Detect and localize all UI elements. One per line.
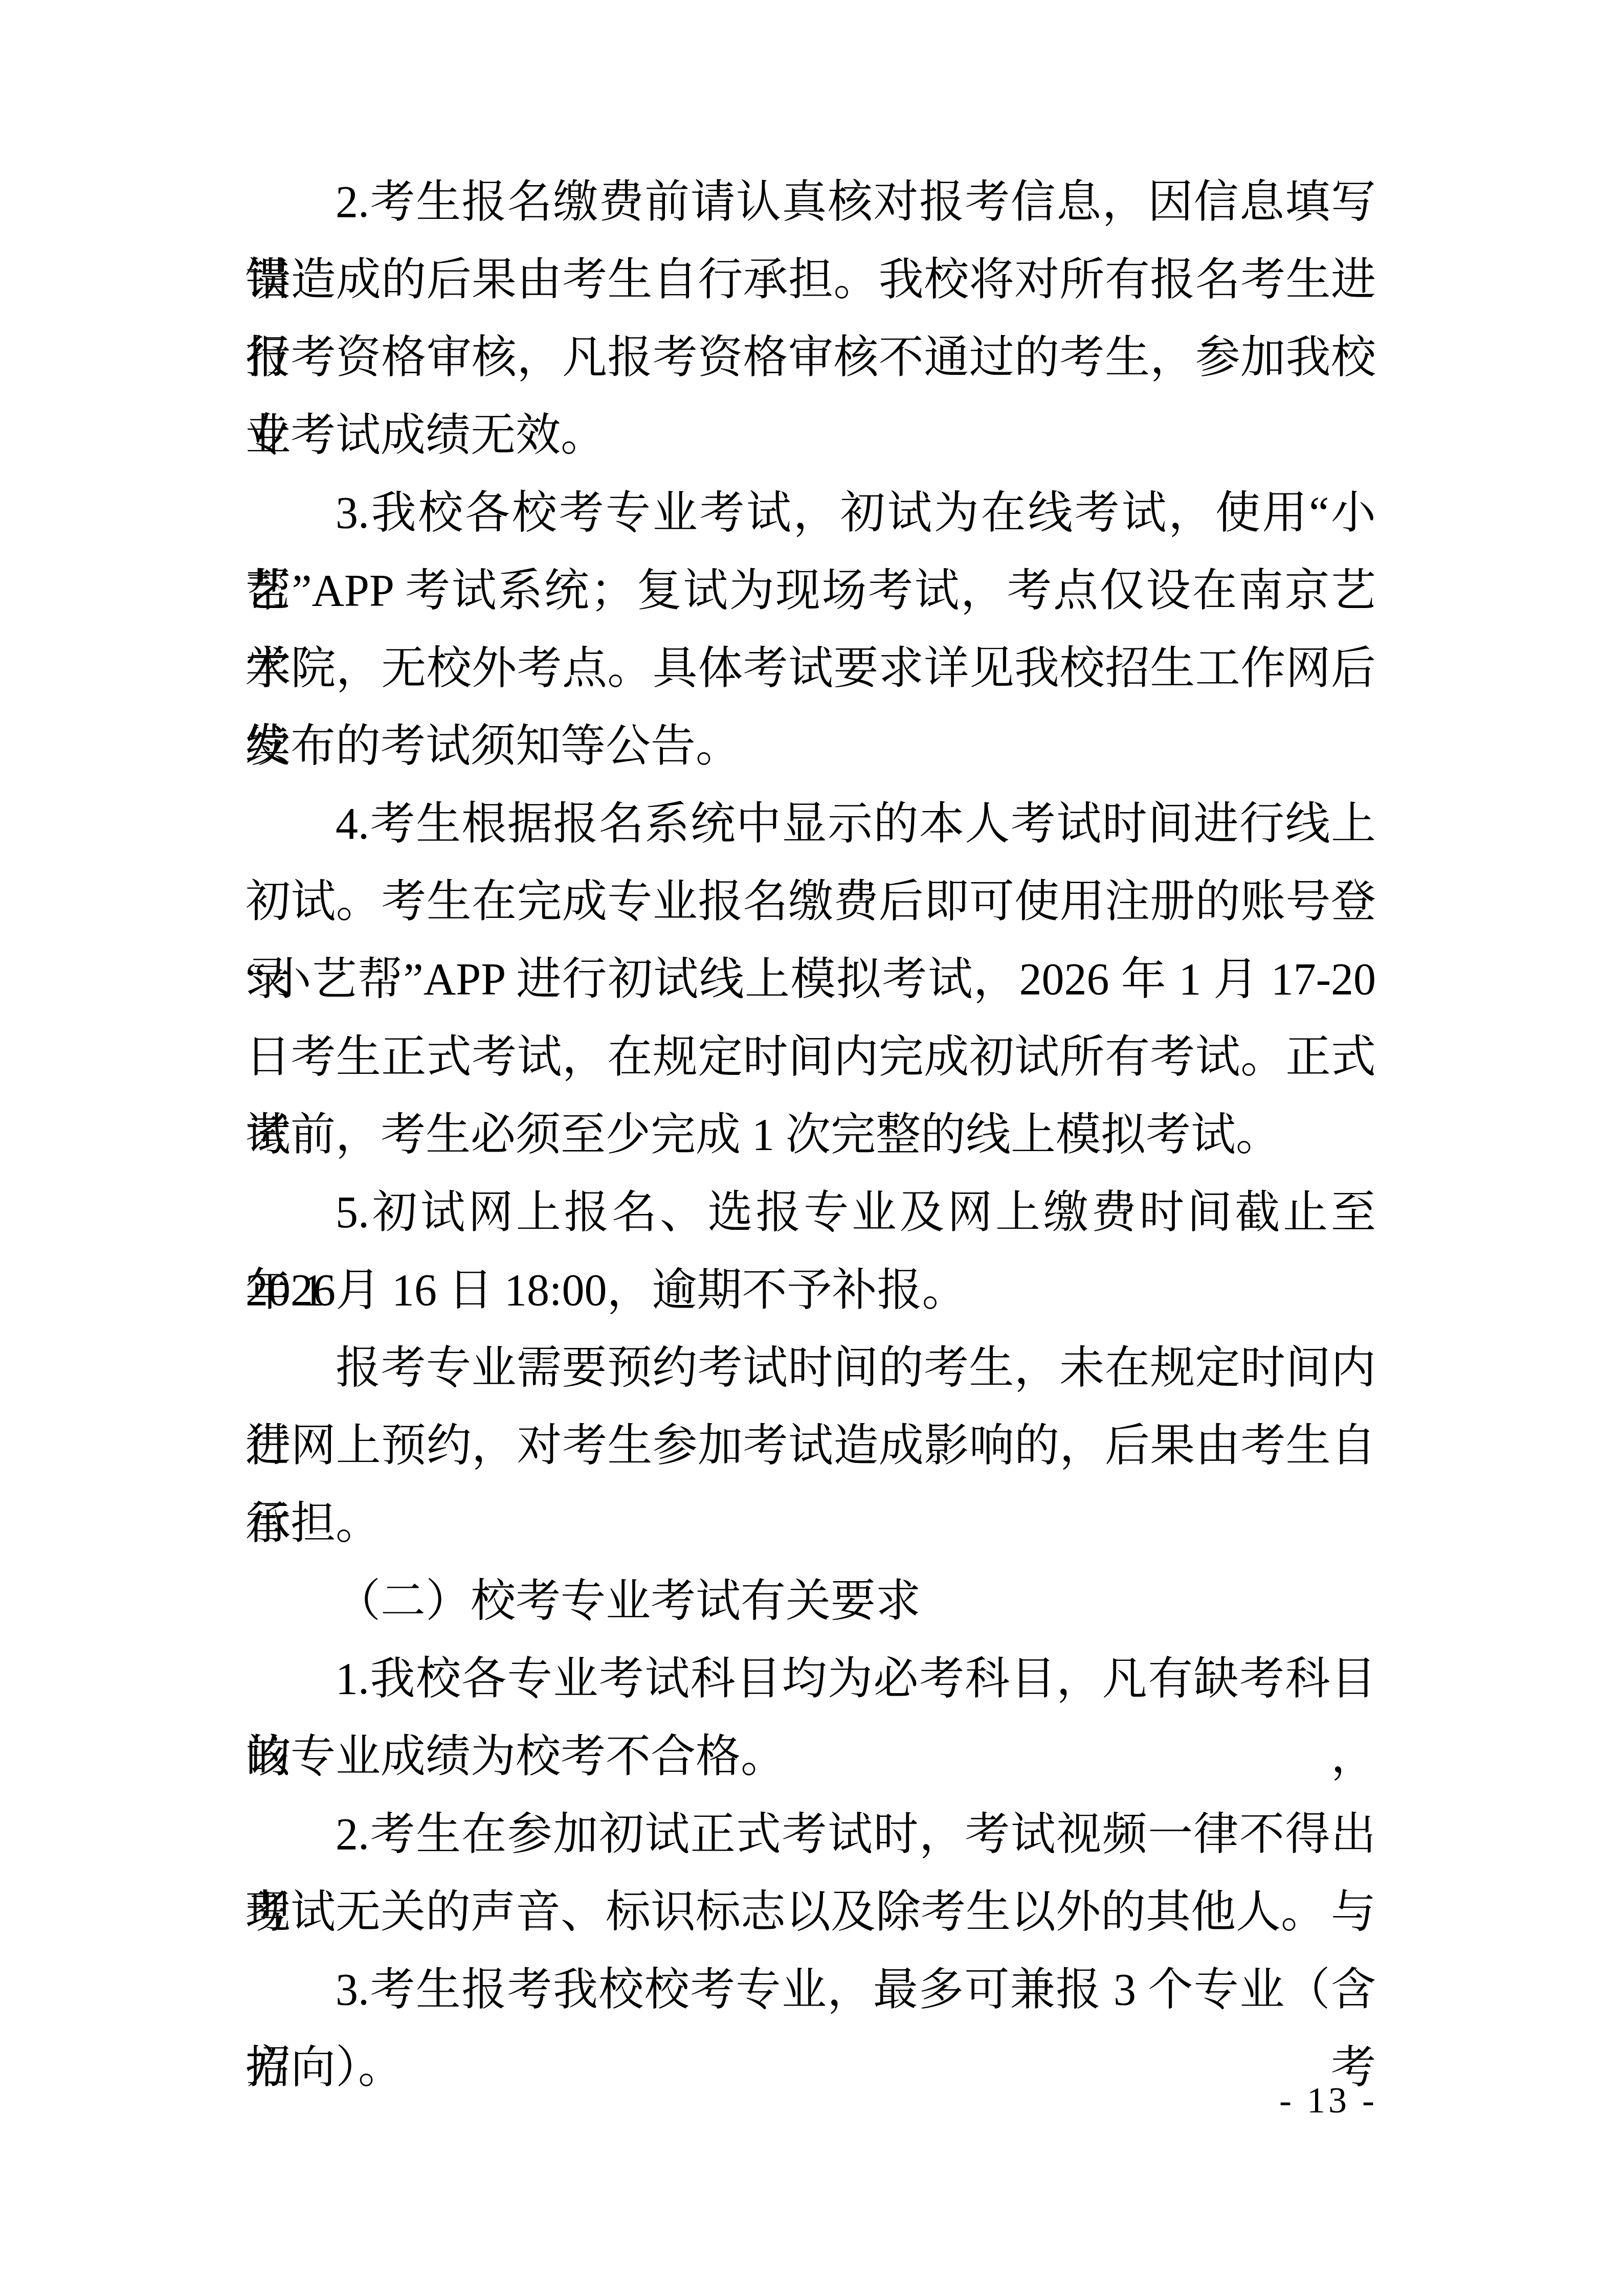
text-line: 2.考生在参加初试正式考试时，考试视频一律不得出现与 [246, 1796, 1376, 1874]
document-page: 2.考生报名缴费前请认真核对报考信息，因信息填写错 误造成的后果由考生自行承担。… [0, 0, 1624, 2296]
text-line: 初试。考生在完成专业报名缴费后即可使用注册的账号登录 [246, 863, 1376, 941]
text-line: 日考生正式考试，在规定时间内完成初试所有考试。正式考 [246, 1019, 1376, 1096]
text-line: 业考试成绩无效。 [246, 397, 1376, 475]
section-heading: （二）校考专业考试有关要求 [246, 1563, 1376, 1640]
text-line: “小艺帮”APP 进行初试线上模拟考试，2026 年 1 月 17-20 [246, 941, 1376, 1019]
text-line: 报考专业需要预约考试时间的考生，未在规定时间内进 [246, 1330, 1376, 1407]
text-line: 年 1 月 16 日 18:00，逾期不予补报。 [246, 1252, 1376, 1330]
text-line: 学院，无校外考点。具体考试要求详见我校招生工作网后续 [246, 630, 1376, 708]
text-line: 3.考生报考我校校考专业，最多可兼报 3 个专业（含招考 [246, 1951, 1376, 2029]
text-line: 3.我校各校考专业考试，初试为在线考试，使用“小艺 [246, 475, 1376, 552]
text-line: 2.考生报名缴费前请认真核对报考信息，因信息填写错 [246, 164, 1376, 241]
text-line: 行网上预约，对考生参加考试造成影响的，后果由考生自行 [246, 1407, 1376, 1485]
text-line: 报考资格审核，凡报考资格审核不通过的考生，参加我校专 [246, 319, 1376, 397]
text-line: 发布的考试须知等公告。 [246, 708, 1376, 785]
page-number: - 13 - [1279, 2077, 1377, 2123]
text-line: 试前，考生必须至少完成 1 次完整的线上模拟考试。 [246, 1096, 1376, 1174]
text-line: 1.我校各专业考试科目均为必考科目，凡有缺考科目的， [246, 1640, 1376, 1718]
text-line: 误造成的后果由考生自行承担。我校将对所有报名考生进行 [246, 241, 1376, 319]
text-line: 5.初试网上报名、选报专业及网上缴费时间截止至 2026 [246, 1174, 1376, 1252]
text-line: 4.考生根据报名系统中显示的本人考试时间进行线上 [246, 785, 1376, 863]
text-line: 帮”APP 考试系统；复试为现场考试，考点仅设在南京艺术 [246, 552, 1376, 630]
body-text-block: 2.考生报名缴费前请认真核对报考信息，因信息填写错 误造成的后果由考生自行承担。… [246, 164, 1376, 2107]
text-line: 承担。 [246, 1485, 1376, 1563]
text-line: 考试无关的声音、标识标志以及除考生以外的其他人。 [246, 1874, 1376, 1951]
